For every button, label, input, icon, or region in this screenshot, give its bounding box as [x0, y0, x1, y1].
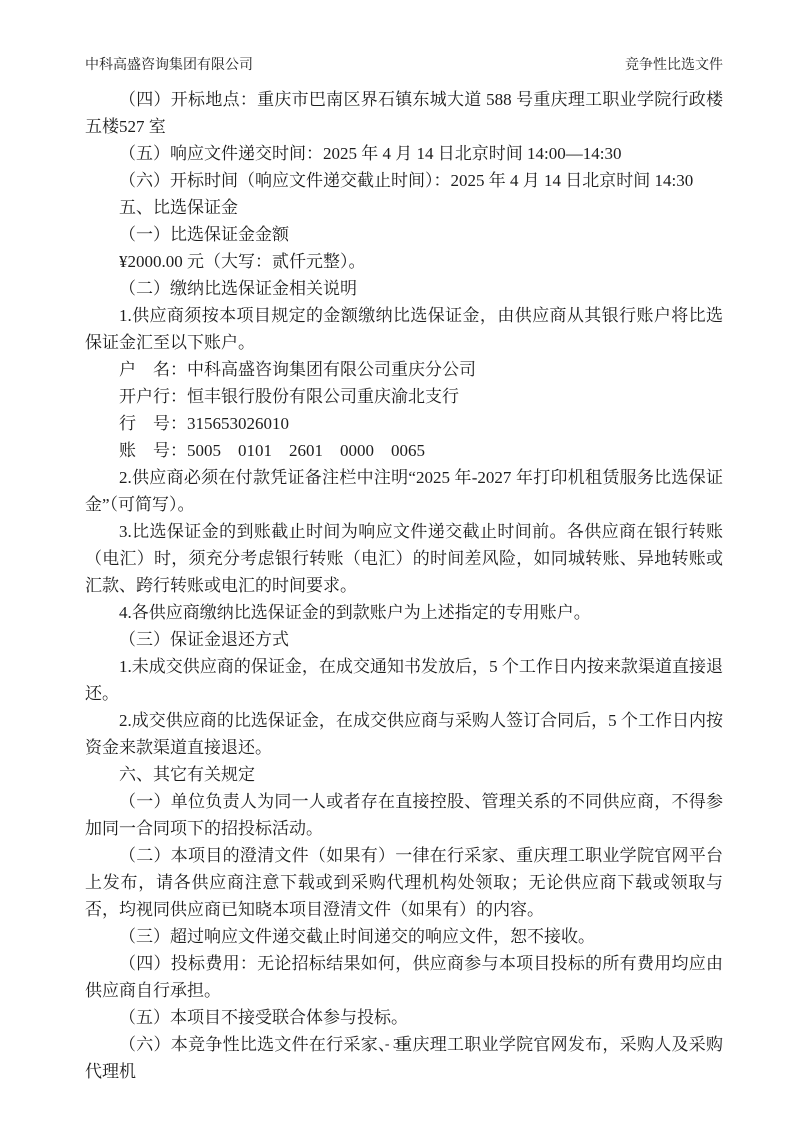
paragraph: （四）投标费用：无论招标结果如何，供应商参与本项目投标的所有费用均应由供应商自行… [85, 950, 723, 1004]
paragraph: 户 名：中科高盛咨询集团有限公司重庆分公司 [85, 356, 723, 383]
paragraph: 1.未成交供应商的保证金，在成交通知书发放后，5 个工作日内按来款渠道直接退还。 [85, 653, 723, 707]
paragraph: 3.比选保证金的到账截止时间为响应文件递交截止时间前。各供应商在银行转账（电汇）… [85, 518, 723, 599]
paragraph: 2.供应商必须在付款凭证备注栏中注明“2025 年-2027 年打印机租赁服务比… [85, 464, 723, 518]
document-page: 中科高盛咨询集团有限公司 竞争性比选文件 （四）开标地点：重庆市巴南区界石镇东城… [0, 0, 793, 1122]
paragraph: 2.成交供应商的比选保证金，在成交供应商与采购人签订合同后，5 个工作日内按资金… [85, 707, 723, 761]
paragraph: （三）保证金退还方式 [85, 626, 723, 653]
paragraph: 开户行：恒丰银行股份有限公司重庆渝北支行 [85, 383, 723, 410]
paragraph: （五）响应文件递交时间：2025 年 4 月 14 日北京时间 14:00—14… [85, 140, 723, 167]
page-header: 中科高盛咨询集团有限公司 竞争性比选文件 [85, 57, 723, 75]
paragraph: 六、其它有关规定 [85, 761, 723, 788]
page-footer: - 3 - [0, 1036, 793, 1054]
header-document-type: 竞争性比选文件 [625, 57, 723, 75]
document-body: （四）开标地点：重庆市巴南区界石镇东城大道 588 号重庆理工职业学院行政楼五楼… [85, 86, 723, 1085]
page-number: - 3 - [385, 1037, 408, 1052]
paragraph: （四）开标地点：重庆市巴南区界石镇东城大道 588 号重庆理工职业学院行政楼五楼… [85, 86, 723, 140]
paragraph: 1.供应商须按本项目规定的金额缴纳比选保证金，由供应商从其银行账户将比选保证金汇… [85, 302, 723, 356]
paragraph: ¥2000.00 元（大写：贰仟元整）。 [85, 248, 723, 275]
header-company-name: 中科高盛咨询集团有限公司 [85, 57, 253, 75]
paragraph: 五、比选保证金 [85, 194, 723, 221]
paragraph: （一）比选保证金金额 [85, 221, 723, 248]
paragraph: （二）缴纳比选保证金相关说明 [85, 275, 723, 302]
paragraph: 行 号：315653026010 [85, 410, 723, 437]
paragraph: （五）本项目不接受联合体参与投标。 [85, 1004, 723, 1031]
paragraph: 4.各供应商缴纳比选保证金的到款账户为上述指定的专用账户。 [85, 599, 723, 626]
paragraph: （一）单位负责人为同一人或者存在直接控股、管理关系的不同供应商，不得参加同一合同… [85, 788, 723, 842]
paragraph: 账 号：5005 0101 2601 0000 0065 [85, 437, 723, 464]
paragraph: （六）开标时间（响应文件递交截止时间）：2025 年 4 月 14 日北京时间 … [85, 167, 723, 194]
paragraph: （二）本项目的澄清文件（如果有）一律在行采家、重庆理工职业学院官网平台上发布，请… [85, 842, 723, 923]
paragraph: （三）超过响应文件递交截止时间递交的响应文件，恕不接收。 [85, 923, 723, 950]
